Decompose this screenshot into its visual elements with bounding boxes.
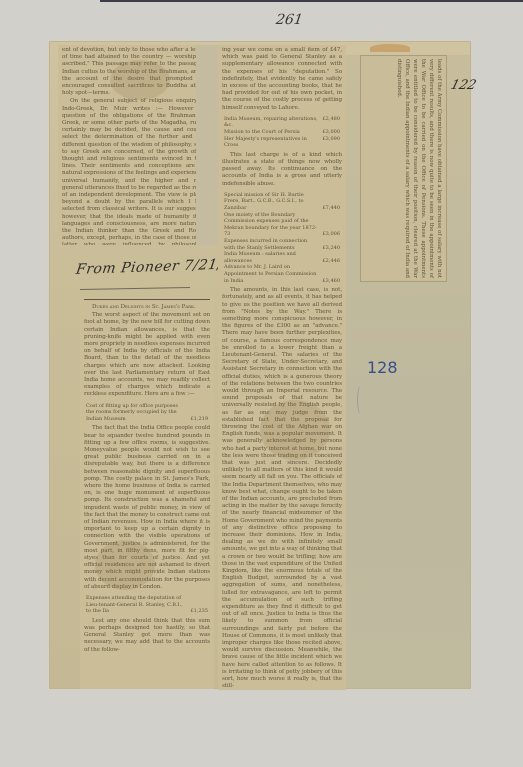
pencil-squiggle bbox=[357, 385, 366, 415]
middle-clipping-text-2: This last charge is of a kind which illu… bbox=[218, 150, 346, 191]
middle-clipping-text: ing year we come on a small item of £47,… bbox=[218, 45, 346, 115]
ledger-amount: £2,446 bbox=[323, 258, 341, 265]
blank-strip bbox=[196, 45, 218, 245]
middle-clipping-text-3: The amounts, in this last case, is not, … bbox=[218, 285, 346, 690]
ledger-amount: £3,006 bbox=[323, 231, 341, 238]
foxing-stain bbox=[260, 400, 330, 460]
right-rotated-clipping: leads of the Army Commission have obtain… bbox=[360, 55, 447, 282]
ledger-amount: £2,480 bbox=[323, 116, 341, 129]
handwritten-folio-number: 122 bbox=[449, 78, 478, 93]
paragraph: On the general subject of religious enqu… bbox=[62, 98, 208, 245]
handwritten-page-number: 261 bbox=[275, 12, 304, 28]
ledger-item: Cost of fitting up for office purposes t… bbox=[86, 403, 191, 423]
ledger-row: Expenses incurred in connection with the… bbox=[224, 238, 340, 251]
ledger-item: Expenses incurred in connection with the… bbox=[224, 238, 323, 251]
ledger-row: Cost of fitting up for office purposes t… bbox=[86, 403, 208, 423]
foxing-stain bbox=[95, 540, 155, 590]
ledger-item: India Museum, repairing alterations, &c. bbox=[224, 116, 323, 129]
expense-ledger: Special mission of Sir H. Bartle Frere, … bbox=[218, 191, 346, 285]
foxing-stain bbox=[110, 60, 170, 100]
ledger-item: Special mission of Sir H. Bartle Frere, … bbox=[224, 192, 323, 212]
article-heading: Dukes and Delights in St. James's Park. bbox=[84, 304, 210, 311]
expense-ledger: Expenses attending the deputation of Lie… bbox=[80, 594, 214, 616]
left-lower-clipping: Dukes and Delights in St. James's Park. … bbox=[80, 297, 214, 689]
ledger-amount: £3,090 bbox=[323, 136, 341, 149]
ledger-item: Her Majesty's representatives in Cross bbox=[224, 136, 323, 149]
blue-pencil-number: 128 bbox=[367, 358, 398, 377]
paragraph: This last charge is of a kind which illu… bbox=[222, 152, 342, 188]
ledger-item: India Museum : salaries and allowances bbox=[224, 251, 323, 264]
ledger-amount: £1,235 bbox=[191, 608, 209, 615]
paragraph: The amounts, in this last case, is not, … bbox=[222, 287, 342, 690]
clipping-top-rule bbox=[84, 299, 210, 300]
ledger-amount: £3,460 bbox=[323, 278, 341, 285]
left-lower-clipping-text-3: Lest any one should think that this sum … bbox=[80, 616, 214, 657]
expense-ledger: India Museum, repairing alterations, &c.… bbox=[218, 115, 346, 150]
ledger-item: Expenses attending the deputation of Lie… bbox=[86, 595, 191, 615]
ledger-amount: £3,000 bbox=[323, 129, 341, 136]
expense-ledger: Cost of fitting up for office purposes t… bbox=[80, 402, 214, 424]
ledger-row: Her Majesty's representatives in Cross £… bbox=[224, 136, 340, 149]
paragraph: ing year we come on a small item of £47,… bbox=[222, 47, 342, 112]
ledger-amount: £3,240 bbox=[323, 245, 341, 252]
ledger-item: Mission to the Court of Persia bbox=[224, 129, 300, 136]
paragraph: The worst aspect of the movement set on … bbox=[84, 312, 210, 398]
ledger-row: India Museum, repairing alterations, &c.… bbox=[224, 116, 340, 129]
ledger-amount: £7,440 bbox=[323, 205, 341, 212]
ledger-row: Mission to the Court of Persia £3,000 bbox=[224, 129, 340, 136]
ledger-row: Advance to Mr. J. Laird on Appointment t… bbox=[224, 264, 340, 284]
ledger-row: Expenses attending the deputation of Lie… bbox=[86, 595, 208, 615]
rotated-clipping-text: leads of the Army Commission have obtain… bbox=[361, 56, 446, 281]
adhesive-stain bbox=[370, 44, 410, 52]
middle-clipping: ing year we come on a small item of £47,… bbox=[218, 45, 346, 690]
scan-top-edge-line bbox=[100, 0, 523, 2]
ledger-item: Advance to Mr. J. Laird on Appointment t… bbox=[224, 264, 323, 284]
left-lower-clipping-text: Dukes and Delights in St. James's Park. … bbox=[80, 302, 214, 402]
ledger-row: Special mission of Sir H. Bartle Frere, … bbox=[224, 192, 340, 212]
paragraph: Lest any one should think that this sum … bbox=[84, 618, 210, 654]
ledger-row: One moiety of the Boundary Commission ex… bbox=[224, 212, 340, 238]
ledger-item: One moiety of the Boundary Commission ex… bbox=[224, 212, 323, 238]
ledger-amount: £1,219 bbox=[191, 416, 209, 423]
ledger-row: India Museum : salaries and allowances £… bbox=[224, 251, 340, 264]
